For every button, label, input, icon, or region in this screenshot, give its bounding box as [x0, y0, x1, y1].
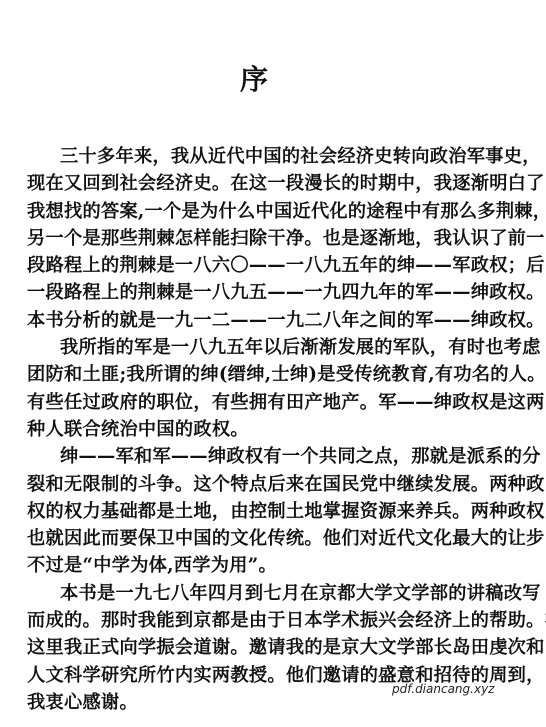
- text-line: 段路程上的荆棘是一八六〇——一八九五年的绅——军政权；后: [27, 252, 507, 279]
- text-line: 不过是“中学为体,西学为用”。: [27, 552, 507, 579]
- text-line: 裂和无限制的斗争。这个特点后来在国民党中继续发展。两种政: [27, 471, 507, 498]
- text-line: 也就因此而要保卫中国的文化传统。他们对近代文化最大的让步: [27, 525, 507, 552]
- text-line: 本书分析的就是一九一二——一九二八年之间的军——绅政权。: [27, 307, 507, 334]
- text-line: 另一个是那些荆棘怎样能扫除干净。也是逐渐地，我认识了前一: [27, 225, 507, 252]
- text-line: 团防和土匪;我所谓的绅(缙绅,士绅)是受传统教育,有功名的人。: [27, 361, 507, 388]
- text-line: 种人联合统治中国的政权。: [27, 416, 507, 443]
- text-line: 三十多年来，我从近代中国的社会经济史转向政治军事史，: [27, 143, 507, 170]
- text-line: 绅——军和军——绅政权有一个共同之点，那就是派系的分: [27, 443, 507, 470]
- text-line: 我所指的军是一八九五年以后渐渐发展的军队，有时也考虑: [27, 334, 507, 361]
- watermark: pdf.diancang.xyz: [392, 682, 494, 696]
- preface-body: 三十多年来，我从近代中国的社会经济史转向政治军事史， 现在又回到社会经济史。在这…: [27, 143, 507, 716]
- text-line: 有些任过政府的职位，有些拥有田产地产。军——绅政权是这两: [27, 389, 507, 416]
- text-line: 本书是一九七八年四月到七月在京都大学文学部的讲稿改写: [27, 580, 507, 607]
- text-line: 这里我正式向学振会道谢。邀请我的是京大文学部长岛田虔次和: [27, 634, 507, 661]
- text-line: 现在又回到社会经济史。在这一段漫长的时期中，我逐渐明白了: [27, 170, 507, 197]
- text-line: 权的权力基础都是土地，由控制土地掌握资源来养兵。两种政权: [27, 498, 507, 525]
- text-line: 而成的。那时我能到京都是由于日本学术振兴会经济上的帮助。在: [27, 607, 507, 634]
- page-title: 序: [0, 58, 508, 98]
- text-line: 一段路程上的荆棘是一八九五——一九四九年的军——绅政权。: [27, 279, 507, 306]
- text-line: 我想找的答案,一个是为什么中国近代化的途程中有那么多荆棘，: [27, 198, 507, 225]
